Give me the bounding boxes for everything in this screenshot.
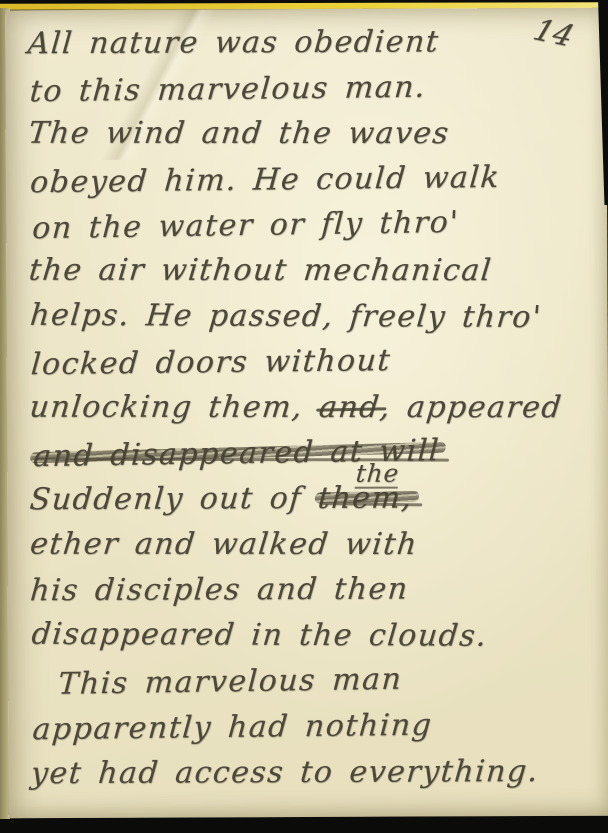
manuscript-line: unlocking them, and, appeared — [27, 389, 607, 435]
manuscript-line: the air without mechanical — [26, 253, 606, 299]
handwritten-text: helps. He passed, freely thro' — [29, 297, 544, 334]
manuscript-line: This marvelous man — [33, 659, 608, 713]
manuscript-line: on the water or fly thro' — [31, 203, 608, 257]
manuscript-line: disappeared in the clouds. — [29, 616, 608, 664]
handwritten-text: , appeared — [378, 390, 564, 425]
handwritten-text: on the water or fly thro' — [31, 205, 460, 246]
handwritten-text: Suddenly out of — [28, 481, 319, 517]
manuscript-line: his disciples and then — [28, 571, 607, 619]
struck-text: and — [317, 390, 382, 425]
handwritten-text: All nature was obedient — [26, 24, 440, 61]
manuscript-paper: 14 All nature was obedientto this marvel… — [5, 8, 608, 819]
handwritten-text: The wind and the waves — [27, 116, 452, 151]
handwritten-text: apparently had nothing — [31, 708, 433, 748]
manuscript-line: apparently had nothing — [30, 706, 608, 758]
handwritten-text: locked doors without — [30, 343, 393, 382]
handwritten-text: This marvelous man — [57, 662, 403, 702]
manuscript-line: The wind and the waves — [26, 116, 606, 162]
inserted-word-above: the — [355, 461, 401, 489]
handwritten-text: the air without mechanical — [27, 253, 494, 288]
manuscript-line: Suddenly out of them,the — [28, 480, 607, 528]
manuscript-line: obeyed him. He could walk — [28, 158, 607, 210]
manuscript-line: to this marvelous man. — [28, 67, 607, 119]
handwritten-text: disappeared in the clouds. — [30, 616, 489, 653]
photo-frame: 14 All nature was obedientto this marvel… — [0, 0, 608, 833]
manuscript-line: and disappeared at will — [32, 431, 608, 485]
handwritten-text: unlocking them, — [28, 389, 321, 424]
handwritten-text: to this marvelous man. — [29, 69, 428, 109]
manuscript-lines: All nature was obedientto this marvelous… — [27, 24, 605, 815]
handwritten-text: obeyed him. He could walk — [29, 160, 502, 200]
handwritten-text: ether and walked with — [28, 526, 419, 561]
struck-text: them,the — [317, 480, 415, 515]
manuscript-line: yet had access to everything. — [29, 753, 608, 801]
manuscript-line: All nature was obedient — [26, 24, 605, 72]
handwritten-text: yet had access to everything. — [30, 753, 541, 790]
manuscript-line: ether and walked with — [27, 526, 607, 572]
manuscript-line: locked doors without — [29, 341, 608, 393]
manuscript-line: helps. He passed, freely thro' — [28, 297, 607, 345]
handwritten-text: his disciples and then — [29, 572, 410, 609]
